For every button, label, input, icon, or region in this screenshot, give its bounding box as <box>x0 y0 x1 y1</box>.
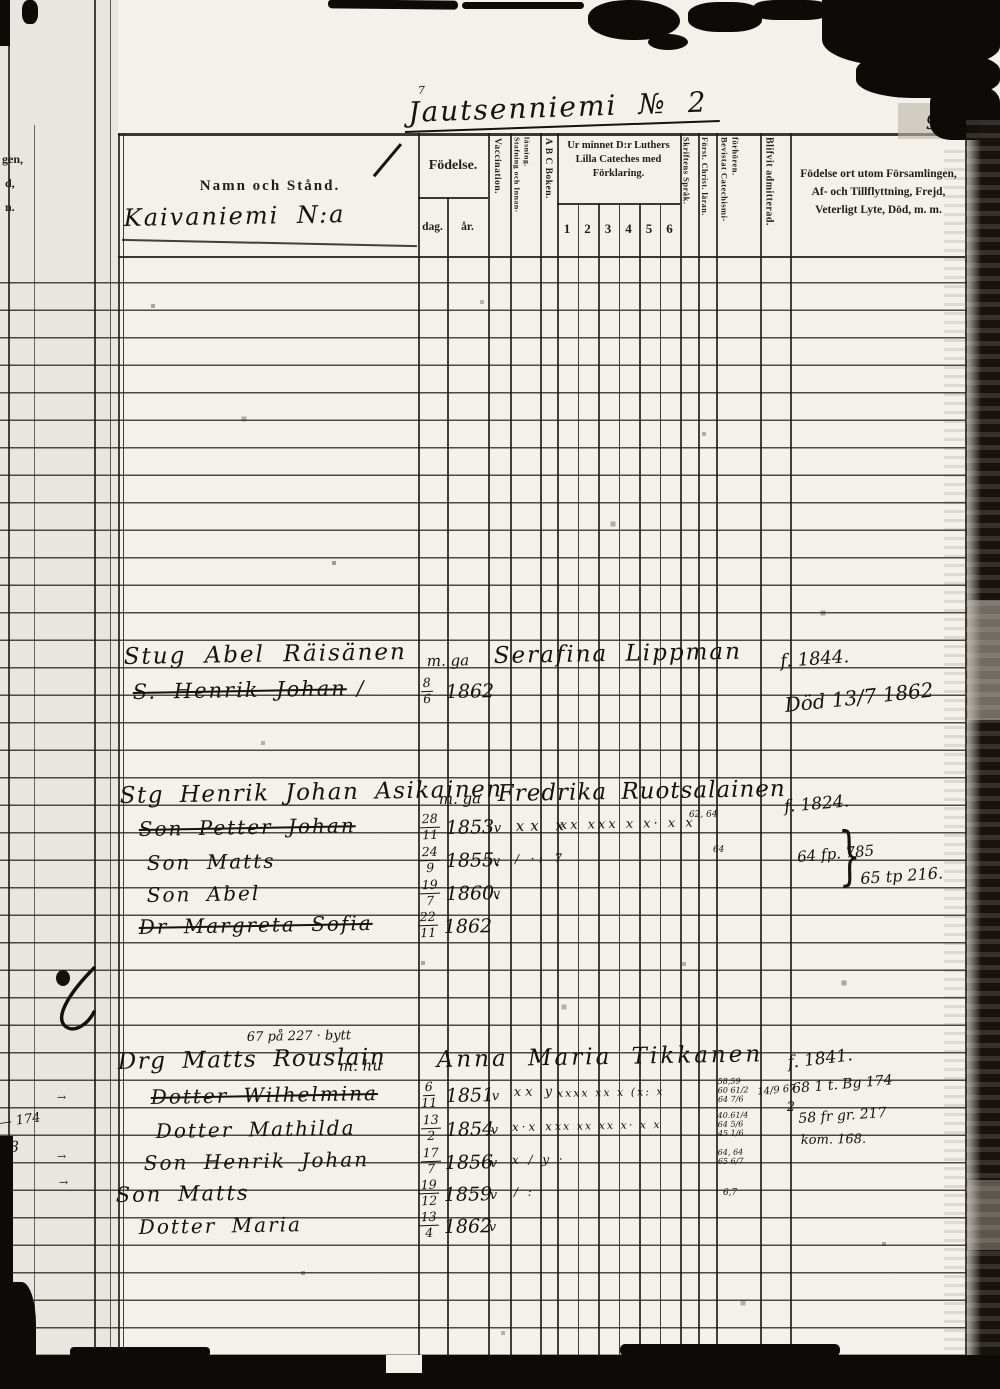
fraction-bottom: 12 <box>421 1193 437 1207</box>
fraction-top: 24 <box>420 846 440 861</box>
ink-blot <box>688 2 762 32</box>
fraction-bottom: 2 <box>427 1128 435 1142</box>
left-strip-line <box>34 125 35 1360</box>
birth-day-fraction: 19 12 <box>419 1179 440 1208</box>
entry-child-name: S. Henrik Johan <box>133 676 347 704</box>
entry-child-name: Dotter Wilhelmina <box>151 1081 379 1109</box>
reference-note: 2 <box>787 1100 796 1115</box>
fraction-bottom: 11 <box>421 1095 437 1109</box>
ink-blot <box>0 0 10 46</box>
birth-year: 1854 <box>446 1118 495 1141</box>
catechism-marks: xx xx xx x· x x <box>555 1118 662 1133</box>
reading-marks: x·x x <box>512 1119 555 1134</box>
header-catechism-label: Ur minnet D:r Luthers Lilla Cateches med… <box>558 139 679 182</box>
header-notes-label: Födelse ort utom Församlingen, Af- och T… <box>797 166 960 219</box>
fraction-bottom: 6 <box>423 691 431 705</box>
entry-spouse-link: m. hu <box>339 1056 382 1075</box>
left-strip-line <box>94 0 96 1389</box>
table-left-border-inner <box>123 133 124 1357</box>
margin-arrow: → <box>59 1176 68 1189</box>
birth-day-fraction: 24 9 <box>420 846 441 875</box>
brace-mark: } <box>838 819 862 894</box>
scan-edge-band-bottom <box>0 1355 1000 1389</box>
edge-noise-column <box>944 150 966 1355</box>
band-light-patch <box>968 600 1000 720</box>
birth-day-fraction: 17 7 <box>421 1147 442 1176</box>
ink-blot <box>648 34 688 50</box>
col-line-spelling <box>510 133 512 1357</box>
header-name-label: Namn och Stånd. <box>122 178 418 195</box>
header-name-handwritten: Kaivaniemi N:a <box>124 200 346 232</box>
birth-year: 1856 <box>445 1151 494 1174</box>
col-line-doctrine <box>698 133 700 1357</box>
exam-year-note: 64 <box>713 845 725 855</box>
birth-sub-line <box>418 197 488 199</box>
entry-spouse-name: Fredrika Ruotsalainen <box>498 776 786 807</box>
birth-year: 1862 <box>446 680 495 703</box>
ink-blot <box>754 0 828 20</box>
fraction-bottom: 11 <box>422 827 438 841</box>
vaccination-mark: v <box>494 821 502 836</box>
birth-day-fraction: 8 6 <box>421 677 434 705</box>
fraction-top: 6 <box>422 1081 434 1096</box>
fraction-bottom: 4 <box>425 1225 433 1239</box>
dust-specks <box>0 0 2 2</box>
ink-blot <box>462 2 584 9</box>
header-spelling-label: Stafning och Innan- läsning. <box>512 137 539 255</box>
header-birth-day-label: dag. <box>418 221 447 233</box>
ink-blot <box>0 1136 13 1284</box>
fraction-bottom: 9 <box>426 860 434 874</box>
header-cat-col-1: 1 <box>557 221 577 237</box>
table-left-border <box>118 133 120 1357</box>
ink-blot <box>22 0 38 24</box>
reading-marks: xx y <box>514 1084 556 1100</box>
entry-child-name: Son Matts <box>116 1181 250 1207</box>
entry-spouse-name: Serafina Lippman <box>494 639 743 669</box>
handwritten-underline <box>122 239 417 247</box>
left-strip-line <box>110 0 111 1389</box>
birth-year: 1862 <box>444 915 493 938</box>
birth-day-fraction: 22 11 <box>418 911 439 940</box>
entry-spouse-link: m. ga <box>439 789 482 808</box>
page-title-handwritten: Jautsenniemi № 2 <box>404 85 720 133</box>
margin-arrow: → <box>57 1150 66 1163</box>
pen-slash: / <box>357 676 364 700</box>
reading-marks: x / y · <box>512 1152 566 1167</box>
band-gap <box>386 1355 422 1373</box>
fraction-top: 13 <box>421 1114 441 1129</box>
col-line-admitted <box>760 133 762 1357</box>
vaccination-mark: v <box>493 887 501 902</box>
attended-exams-note: 40.61/4 64 5/6 45 1/6 <box>718 1110 749 1138</box>
ink-blot <box>328 0 458 10</box>
col-line-attended <box>716 133 718 1357</box>
entry-child-name: Son Matts <box>147 849 276 875</box>
entry-child-name: Dotter Mathilda <box>156 1116 356 1143</box>
reading-marks: / : <box>514 1185 535 1199</box>
vaccination-mark: v <box>493 854 501 869</box>
vaccination-mark: v <box>490 1156 498 1171</box>
fraction-top: 22 <box>418 911 438 926</box>
pen-flourish <box>373 143 402 177</box>
edge-fragment: gen, <box>2 152 23 167</box>
table-top-line <box>118 133 968 136</box>
fraction-top: 19 <box>420 879 440 894</box>
catechism-marks: xxxx xx x (x: x <box>557 1085 665 1100</box>
birth-day-fraction: 13 4 <box>419 1211 440 1240</box>
fraction-bottom: 7 <box>427 1161 435 1175</box>
vaccination-mark: v <box>489 1220 497 1235</box>
ink-hook-mark <box>48 962 118 1047</box>
col-line-vaccination <box>488 133 490 1357</box>
header-birth-label: Födelse. <box>418 158 488 174</box>
margin-arrow: → <box>57 1091 66 1104</box>
header-birth-year-label: år. <box>447 221 488 233</box>
vaccination-mark: v <box>491 1123 499 1138</box>
header-vaccination-label: Vaccination. <box>490 138 509 254</box>
header-abc-label: A B C Boken. <box>541 138 556 254</box>
birth-day-fraction: 28 11 <box>420 813 441 842</box>
header-attended-label: Bevistat Catechismi- förhören. <box>719 137 758 255</box>
fraction-bottom: 11 <box>420 925 436 939</box>
band-light-patch <box>968 1180 1000 1250</box>
col-line-catechism <box>557 133 559 1357</box>
col-line-birth <box>418 133 420 1357</box>
header-admitted-label: Blifvit admitterad. <box>762 137 789 255</box>
entry-child-name: Dr Margreta Sofia <box>139 911 373 939</box>
vaccination-mark: v <box>490 1188 498 1203</box>
fraction-top: 8 <box>421 677 433 692</box>
header-bottom-line <box>118 256 965 258</box>
birth-year: 1851 <box>446 1084 495 1107</box>
fraction-top: 13 <box>419 1211 439 1226</box>
header-cat-col-4: 4 <box>618 221 639 237</box>
edge-fragment: n. <box>5 200 15 215</box>
entry-child-name: Son Petter Johan <box>139 813 356 841</box>
transfer-annotation: 67 på 227 · bytt <box>247 1028 351 1045</box>
col-line-scripture <box>680 133 682 1357</box>
entry-child-name: Son Abel <box>147 881 261 907</box>
fraction-top: 28 <box>420 813 440 828</box>
birth-day-fraction: 19 7 <box>420 879 441 908</box>
header-cat-col-3: 3 <box>598 221 618 237</box>
birth-day-fraction: 6 11 <box>421 1081 438 1110</box>
birth-year: 1853 <box>446 816 495 839</box>
entry-child-name: Dotter Maria <box>139 1212 303 1239</box>
reading-marks: / ·: 7 <box>515 851 566 866</box>
reference-note: kom. 168. <box>801 1132 867 1148</box>
birth-year: 1859 <box>444 1183 493 1206</box>
stray-mark: 7 <box>418 84 425 97</box>
vaccination-mark: v <box>492 1089 500 1104</box>
birth-year: 1862 <box>444 1215 493 1238</box>
birth-day-fraction: 13 2 <box>421 1114 442 1143</box>
header-cat-col-2: 2 <box>577 221 598 237</box>
fraction-top: 19 <box>419 1179 439 1194</box>
catechism-marks: xx xxx x x· x x <box>560 816 696 833</box>
entry-child-name: Son Henrik Johan <box>144 1147 370 1175</box>
fraction-top: 17 <box>421 1147 441 1162</box>
attended-exams-note: 6,7 <box>723 1188 738 1198</box>
col-line-notes <box>790 133 792 1357</box>
attended-exams-note: 64, 64 65 6/7 <box>718 1148 744 1167</box>
attended-exams-note: 58,59 60 61/2 64 7/6 <box>718 1076 749 1104</box>
header-doctrine-label: Först. Christ. läran. <box>699 137 715 255</box>
fraction-bottom: 7 <box>426 893 434 907</box>
ink-blot <box>0 1282 36 1389</box>
col-line-abc <box>540 133 542 1357</box>
edge-fragment: d, <box>5 176 15 191</box>
header-scripture-label: Skriftens Språk. <box>681 137 697 255</box>
entry-spouse-link: m. ga <box>427 651 470 670</box>
scanned-ledger-page: Namn och Stånd. Födelse. dag. år. Vaccin… <box>0 0 1000 1389</box>
entry-head-name: Stug Abel Räisänen <box>124 639 408 670</box>
header-cat-col-5: 5 <box>639 221 659 237</box>
header-cat-col-6: 6 <box>659 221 680 237</box>
